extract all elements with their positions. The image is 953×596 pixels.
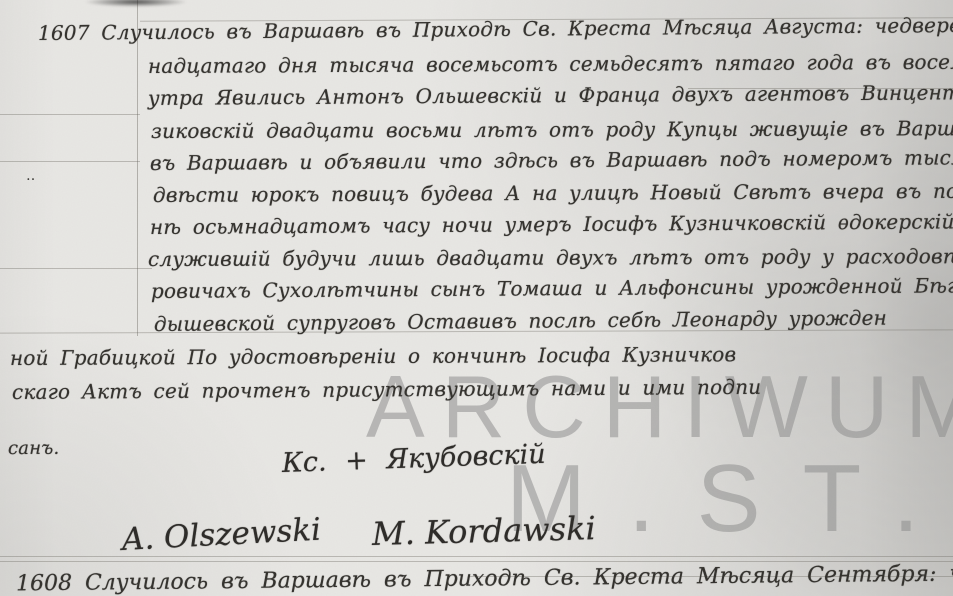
handwritten-line: зиковскій двадцати восьми лѣтъ отъ роду … [151, 116, 953, 143]
handwritten-line: надцатаго дня тысяча восемьсотъ семьдеся… [148, 49, 953, 78]
witness-signature-right: M. Kordawski [372, 509, 597, 553]
handwritten-line: утра Явились Антонъ Ольшевскій и Франца … [148, 80, 953, 110]
handwritten-line: скаго Актъ сей прочтенъ присутствующимъ … [12, 375, 762, 404]
ruled-line-margin-3 [0, 268, 152, 269]
ruled-line-margin-2 [0, 161, 140, 162]
next-record-opening-line: 1608 Случилось въ Варшавѣ въ Приходѣ Св.… [16, 561, 953, 596]
handwritten-line: служившій будучи лишь двадцати двухъ лѣт… [148, 244, 953, 271]
registrar-signature: Кс. + Якубовскій [281, 439, 546, 479]
handwritten-line: 1607 Случилось въ Варшавѣ въ Приходѣ Св.… [38, 13, 953, 45]
handwritten-line: нѣ осьмнадцатомъ часу ночи умеръ Іосифъ … [150, 209, 953, 239]
handwritten-line: въ Варшавѣ и объявили что здѣсь въ Варша… [150, 145, 953, 175]
margin-vertical-rule [137, 0, 138, 336]
margin-ink-dots: ‥ [26, 168, 38, 184]
scanned-document-page: ‥ ARCHIWUM M.ST. 1607 Случилось въ Варша… [0, 0, 953, 596]
handwritten-line: ной Грабицкой По удостовѣреніи о кончинѣ… [10, 342, 736, 370]
ruled-line-margin-1 [0, 114, 140, 115]
handwritten-line: двѣсти юрокъ повицъ будева А на улицѣ Но… [153, 179, 953, 207]
witness-signature-left: A. Olszewski [121, 512, 322, 558]
handwritten-line: дышевской супруговъ Оставивъ послѣ себѣ … [154, 306, 887, 336]
ruled-line-bottom-2 [0, 561, 953, 562]
ink-smudge-top-edge [84, 0, 188, 7]
handwritten-line: ровичахъ Сухолѣтчины сынъ Томаша и Альфо… [151, 273, 953, 303]
handwritten-line: санъ. [8, 438, 59, 459]
